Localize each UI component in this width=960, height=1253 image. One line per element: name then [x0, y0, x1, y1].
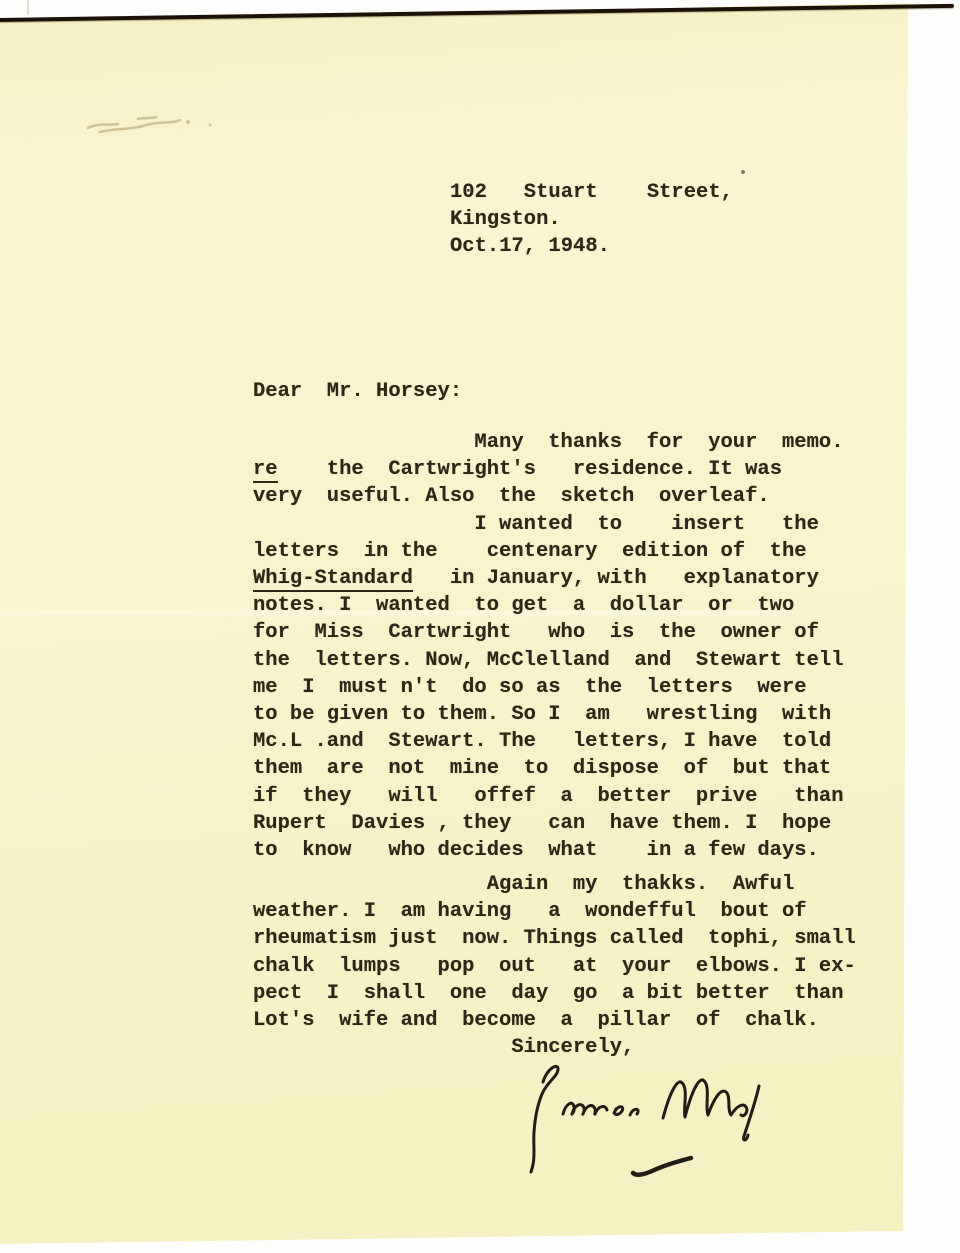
body-line: Lot's wife and become a pillar of chalk.: [253, 1007, 856, 1034]
signature-j-stroke: [531, 1066, 558, 1172]
letter-scan: 102 Stuart Street, Kingston. Oct.17, 194…: [0, 0, 960, 1253]
body-paragraph-1: Many thanks for your memo. re the Cartwr…: [253, 429, 844, 864]
body-line: if they will offef a better prive than: [253, 783, 844, 810]
salutation: Dear Mr. Horsey:: [253, 378, 462, 405]
body-line: to be given to them. So I am wrestling w…: [253, 701, 844, 728]
pencil-smudge: [80, 106, 225, 141]
body-line: letters in the centenary edition of the: [253, 538, 844, 565]
body-line-text: the Cartwright's residence. It was: [278, 458, 782, 481]
body-line: re the Cartwright's residence. It was: [253, 456, 844, 483]
body-line: chalk lumps pop out at your elbows. I ex…: [253, 953, 856, 980]
body-line: Rupert Davies , they can have them. I ho…: [253, 810, 844, 837]
signature-ames-stroke: [563, 1103, 607, 1114]
address-line: Oct.17, 1948.: [450, 233, 733, 260]
address-line: 102 Stuart Street,: [450, 179, 733, 206]
body-line: very useful. Also the sketch overleaf.: [253, 483, 844, 510]
body-line: for Miss Cartwright who is the owner of: [253, 619, 844, 646]
body-line: rheumatism just now. Things called tophi…: [253, 925, 856, 952]
signature-moy-stroke: [663, 1080, 747, 1118]
ink-speck: [741, 170, 745, 174]
body-line-text: in January, with explanatory: [413, 567, 819, 590]
body-line: Whig-Standard in January, with explanato…: [253, 565, 844, 592]
body-line: pect I shall one day go a bit better tha…: [253, 980, 856, 1007]
address-line: Kingston.: [450, 206, 733, 233]
body-paragraph-2: Again my thakks. Awful weather. I am hav…: [253, 871, 856, 1061]
signature-flourish-dash: [633, 1158, 691, 1175]
scan-corner-artifact: [27, 0, 29, 15]
underlined-re: re: [253, 458, 278, 483]
sender-address-block: 102 Stuart Street, Kingston. Oct.17, 194…: [450, 179, 733, 261]
signature-james-moy: [497, 1058, 787, 1183]
body-line: I wanted to insert the: [253, 511, 844, 538]
signature-es-stroke: [614, 1107, 638, 1115]
body-line: them are not mine to dispose of but that: [253, 755, 844, 782]
body-line: Many thanks for your memo.: [253, 429, 844, 456]
body-line: notes. I wanted to get a dollar or two: [253, 592, 844, 619]
body-line: Again my thakks. Awful: [253, 871, 856, 898]
underlined-whig-standard: Whig-Standard: [253, 567, 413, 592]
body-line: me I must n't do so as the letters were: [253, 674, 844, 701]
body-line: the letters. Now, McClelland and Stewart…: [253, 647, 844, 674]
body-line: Mc.L .and Stewart. The letters, I have t…: [253, 728, 844, 755]
body-line: weather. I am having a wondefful bout of: [253, 898, 856, 925]
body-line: to know who decides what in a few days.: [253, 837, 844, 864]
